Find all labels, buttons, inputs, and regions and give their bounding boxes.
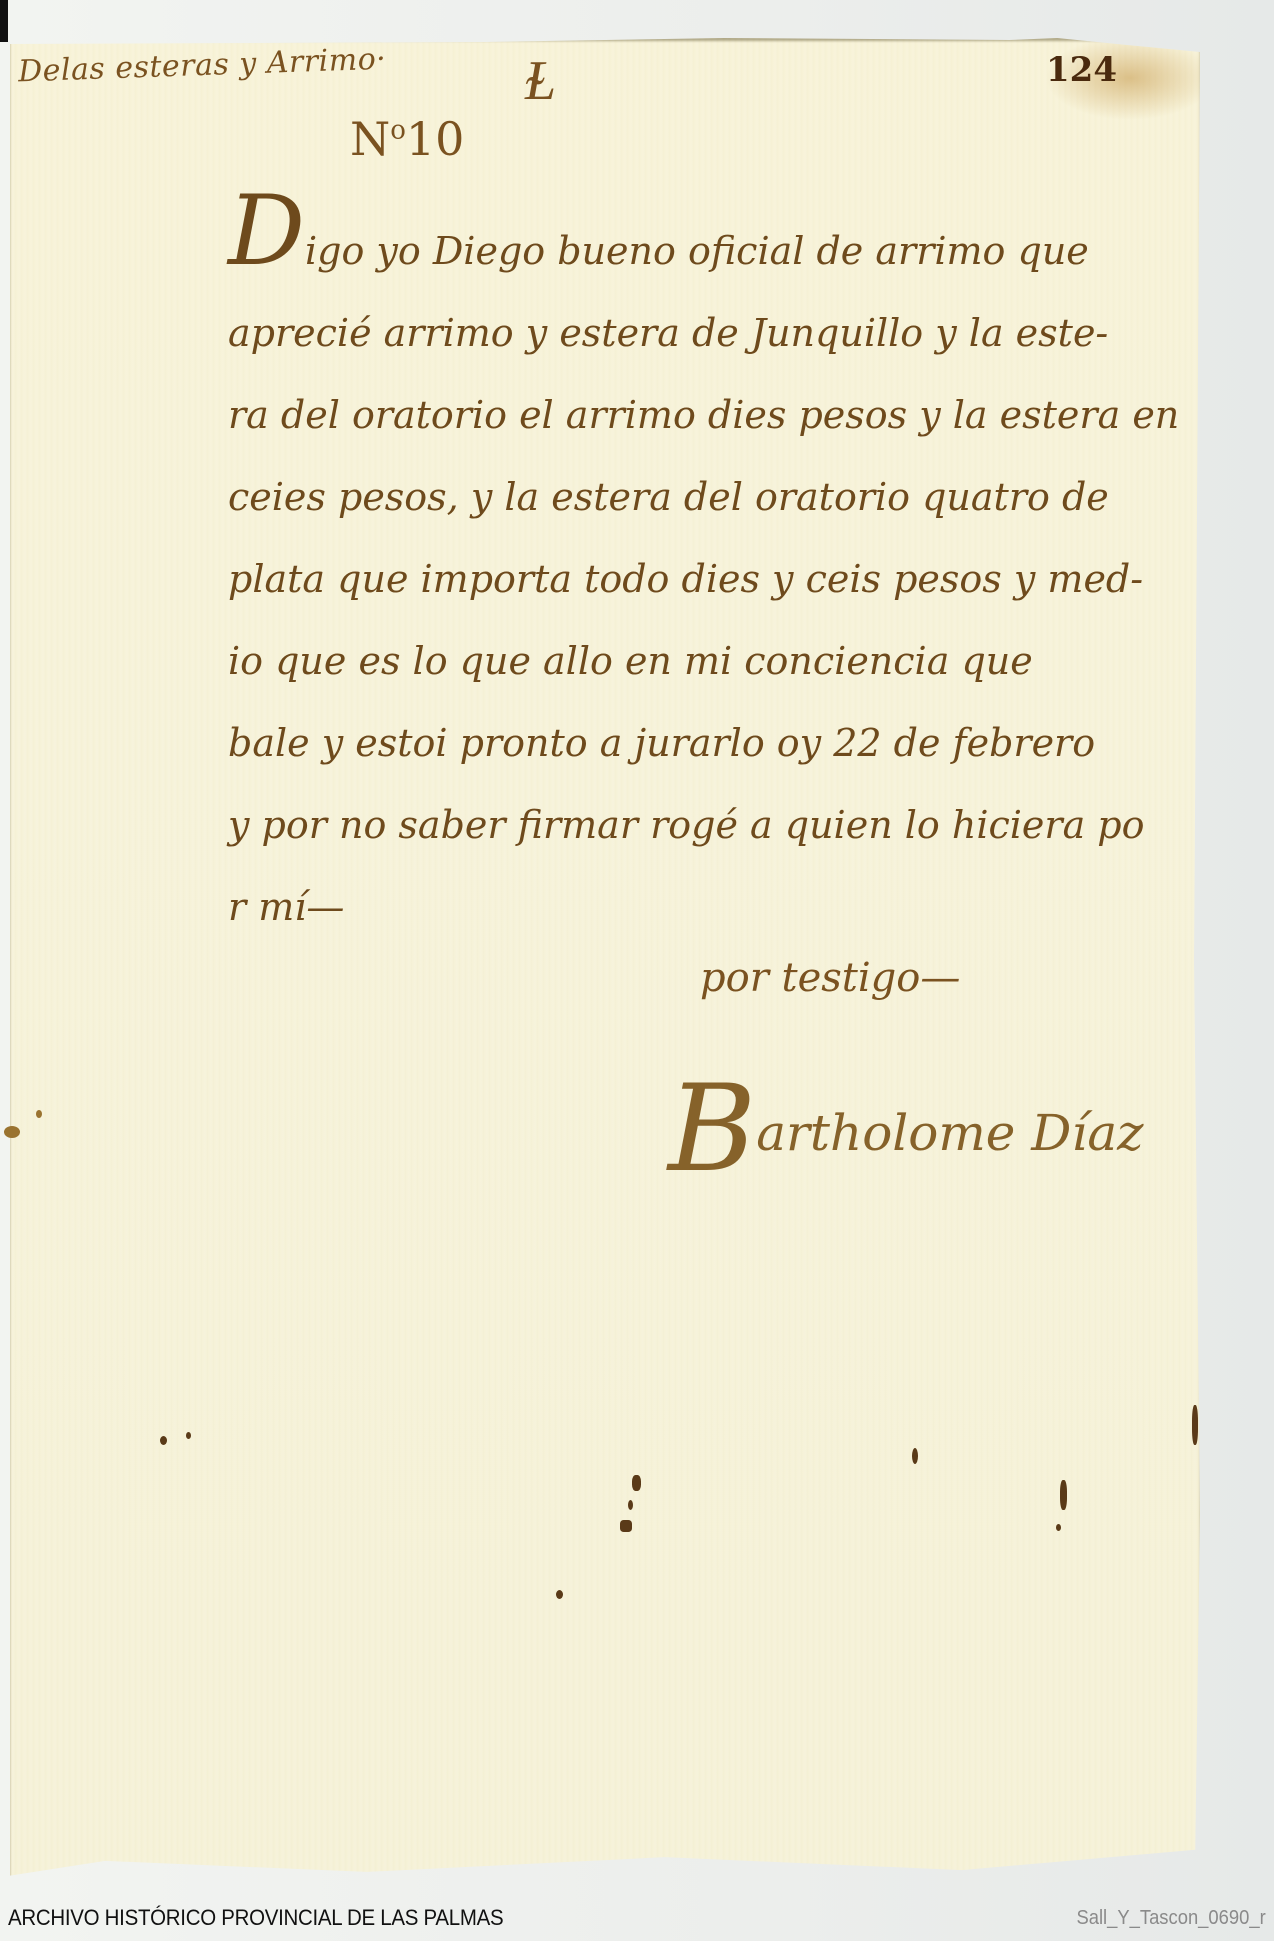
body-line: bale y estoi pronto a jurarlo oy 22 de f… [228,702,1208,784]
ink-spot [1060,1480,1067,1510]
witness-signature: Bartholome Díaz [668,1060,1144,1199]
document-number: No10 [350,112,464,166]
ink-spot [160,1436,167,1445]
signature-name: artholome Díaz [756,1104,1143,1162]
witness-label: por testigo— [700,955,960,1001]
body-line: io que es lo que allo en mi conciencia q… [228,620,1208,702]
ink-spot [1056,1524,1061,1531]
body-line: ra del oratorio el arrimo dies pesos y l… [228,374,1208,456]
doc-number-value: 10 [406,112,465,166]
signature-initial: B [668,1060,756,1199]
manuscript-body: Digo yo Diego bueno oficial de arrimo qu… [228,190,1208,948]
ink-spot [620,1520,632,1532]
ink-spot [186,1432,191,1439]
image-code: Sall_Y_Tascon_0690_r [1077,1907,1266,1930]
ink-spot [628,1500,633,1510]
body-line: Digo yo Diego bueno oficial de arrimo qu… [228,190,1208,292]
body-line: aprecié arrimo y estera de Junquillo y l… [228,292,1208,374]
ink-spot [912,1448,918,1464]
scan-edge-bar [0,0,8,42]
body-line: r mí— [228,866,1208,948]
folio-number: 124 [1046,50,1117,90]
body-line: plata que importa todo dies y ceis pesos… [228,538,1208,620]
ink-spot [1192,1405,1198,1445]
ink-spot [632,1475,641,1491]
ink-spot [36,1110,42,1118]
archive-name: ARCHIVO HISTÓRICO PROVINCIAL DE LAS PALM… [8,1905,503,1931]
body-line: ceies pesos, y la estera del oratorio qu… [228,456,1208,538]
doc-number-prefix: N [350,112,390,166]
body-line: y por no saber firmar rogé a quien lo hi… [228,784,1208,866]
ink-spot [556,1590,563,1599]
ink-spot [4,1126,20,1138]
doc-number-sup: o [390,116,406,146]
corner-mark: Ɫ [525,48,556,113]
